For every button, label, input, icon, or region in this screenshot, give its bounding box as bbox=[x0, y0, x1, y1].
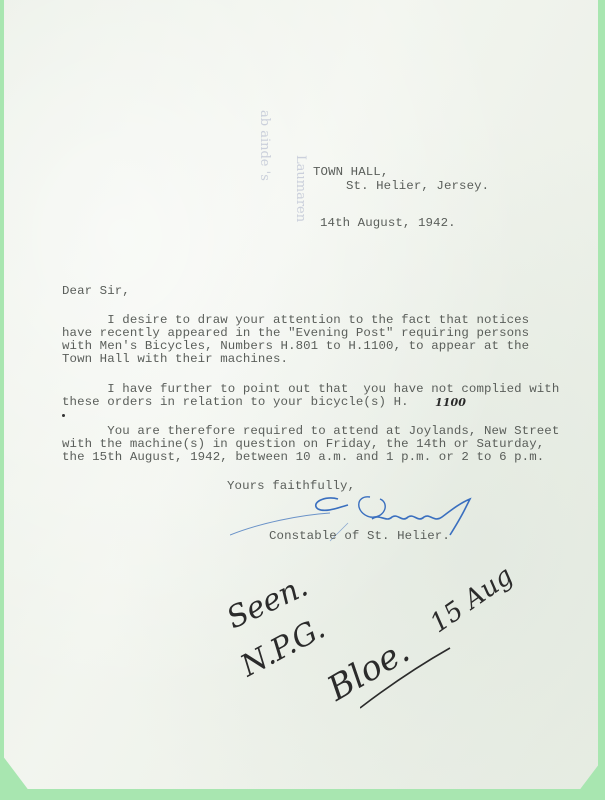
paragraph-1-line-4: Town Hall with their machines. bbox=[62, 353, 288, 366]
address-line-2: St. Helier, Jersey. bbox=[346, 180, 489, 193]
show-through-text-1: ab ainde 's bbox=[257, 110, 272, 181]
letter-date: 14th August, 1942. bbox=[320, 217, 456, 230]
salutation: Dear Sir, bbox=[62, 285, 130, 298]
pencil-stroke-icon bbox=[360, 630, 480, 710]
signatory-title: Constable of St. Helier. bbox=[269, 530, 450, 543]
address-line-1: TOWN HALL, bbox=[313, 166, 388, 179]
paragraph-2-line-2: these orders in relation to your bicycle… bbox=[62, 396, 409, 409]
ink-dot bbox=[62, 414, 65, 417]
paragraph-3-line-3: the 15th August, 1942, between 10 a.m. a… bbox=[62, 451, 544, 464]
bicycle-number-handwritten: 1100 bbox=[435, 396, 466, 409]
show-through-text-2: Laumaren bbox=[293, 155, 308, 222]
closing: Yours faithfully, bbox=[227, 480, 355, 493]
